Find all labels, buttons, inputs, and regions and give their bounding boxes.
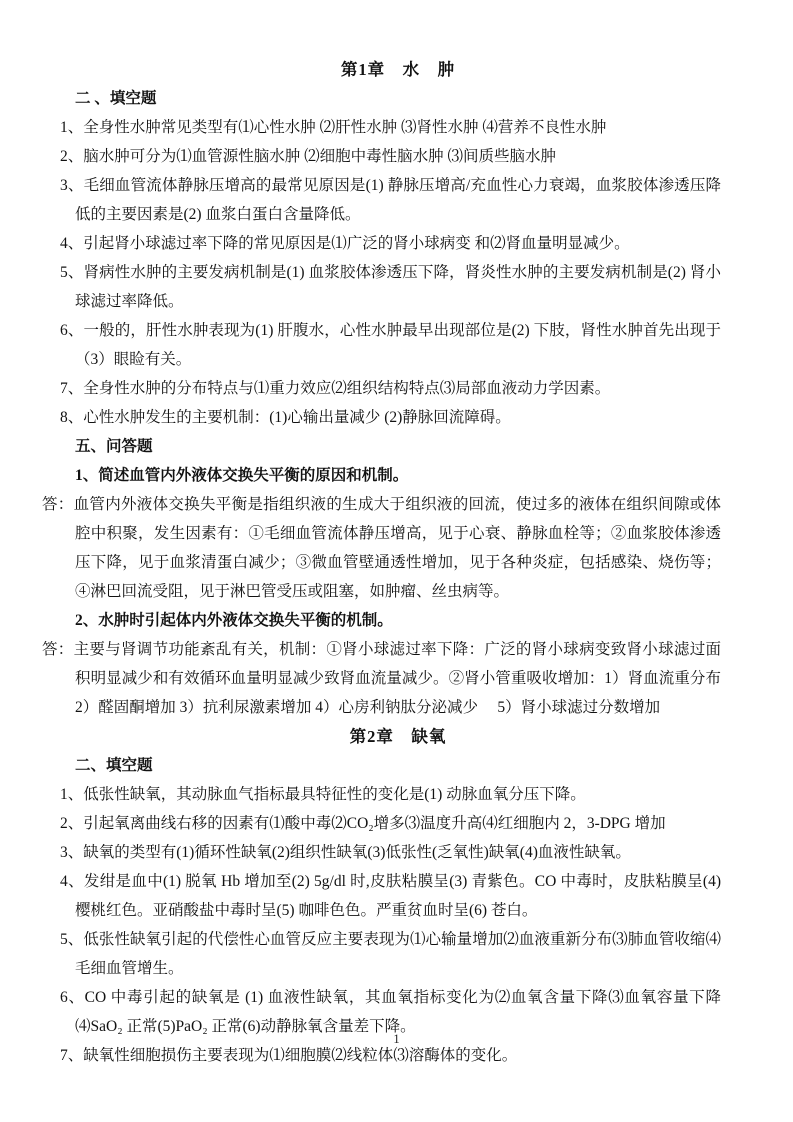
fill-item-6: 6、一般的，肝性水肿表现为(1) 肝腹水，心性水肿最早出现部位是(2) 下肢，肾… — [75, 316, 721, 374]
fill-item-7: 7、全身性水肿的分布特点与⑴重力效应⑵组织结构特点⑶局部血液动力学因素。 — [75, 374, 721, 403]
fill-item-2: 2、脑水肿可分为⑴血管源性脑水肿 ⑵细胞中毒性脑水肿 ⑶间质些脑水肿 — [75, 142, 721, 171]
chapter1-fill-heading: 二 、填空题 — [75, 84, 721, 113]
fill-item-1: 1、全身性水肿常见类型有⑴心性水肿 ⑵肝性水肿 ⑶肾性水肿 ⑷营养不良性水肿 — [75, 113, 721, 142]
fill-item-3: 3、毛细血管流体静脉压增高的最常见原因是(1) 静脉压增高/充血性心力衰竭，血浆… — [75, 171, 721, 229]
fill-item-ch2-1: 1、低张性缺氧，其动脉血气指标最具特征性的变化是(1) 动脉血氧分压下降。 — [75, 780, 721, 809]
fill-item-ch2-2: 2、引起氧离曲线右移的因素有⑴酸中毒⑵CO₂增多⑶温度升高⑷红细胞内 2，3-D… — [75, 809, 721, 838]
fill-item-ch2-5: 5、低张性缺氧引起的代偿性心血管反应主要表现为⑴心输量增加⑵血液重新分布⑶肺血管… — [75, 925, 721, 983]
fill-item-ch2-3: 3、缺氧的类型有(1)循环性缺氧(2)组织性缺氧(3)低张性(乏氧性)缺氧(4)… — [75, 838, 721, 867]
qa-question-1: 1、简述血管内外液体交换失平衡的原因和机制。 — [75, 461, 721, 490]
fill-item-8: 8、心性水肿发生的主要机制：(1)心输出量减少 (2)静脉回流障碍。 — [75, 403, 721, 432]
qa-question-2: 2、水肿时引起体内外液体交换失平衡的机制。 — [75, 606, 721, 635]
document-page: 第1章 水 肿 二 、填空题 1、全身性水肿常见类型有⑴心性水肿 ⑵肝性水肿 ⑶… — [0, 0, 793, 1122]
document-body: 第1章 水 肿 二 、填空题 1、全身性水肿常见类型有⑴心性水肿 ⑵肝性水肿 ⑶… — [75, 55, 721, 1070]
chapter2-title: 第2章 缺氧 — [75, 722, 721, 751]
fill-item-5: 5、肾病性水肿的主要发病机制是(1) 血浆胶体渗透压下降，肾炎性水肿的主要发病机… — [75, 258, 721, 316]
fill-item-ch2-4: 4、发绀是血中(1) 脱氧 Hb 增加至(2) 5g/dl 时,皮肤粘膜呈(3)… — [75, 867, 721, 925]
chapter1-title: 第1章 水 肿 — [75, 55, 721, 84]
page-number: 1 — [0, 1030, 793, 1048]
chapter1-qa-heading: 五、问答题 — [75, 432, 721, 461]
fill-item-4: 4、引起肾小球滤过率下降的常见原因是⑴广泛的肾小球病变 和⑵肾血量明显减少。 — [75, 229, 721, 258]
chapter2-fill-heading: 二、填空题 — [75, 751, 721, 780]
qa-answer-2: 答：主要与肾调节功能紊乱有关，机制：①肾小球滤过率下降：广泛的肾小球病变致肾小球… — [75, 635, 721, 722]
qa-answer-1: 答：血管内外液体交换失平衡是指组织液的生成大于组织液的回流，使过多的液体在组织间… — [75, 490, 721, 606]
